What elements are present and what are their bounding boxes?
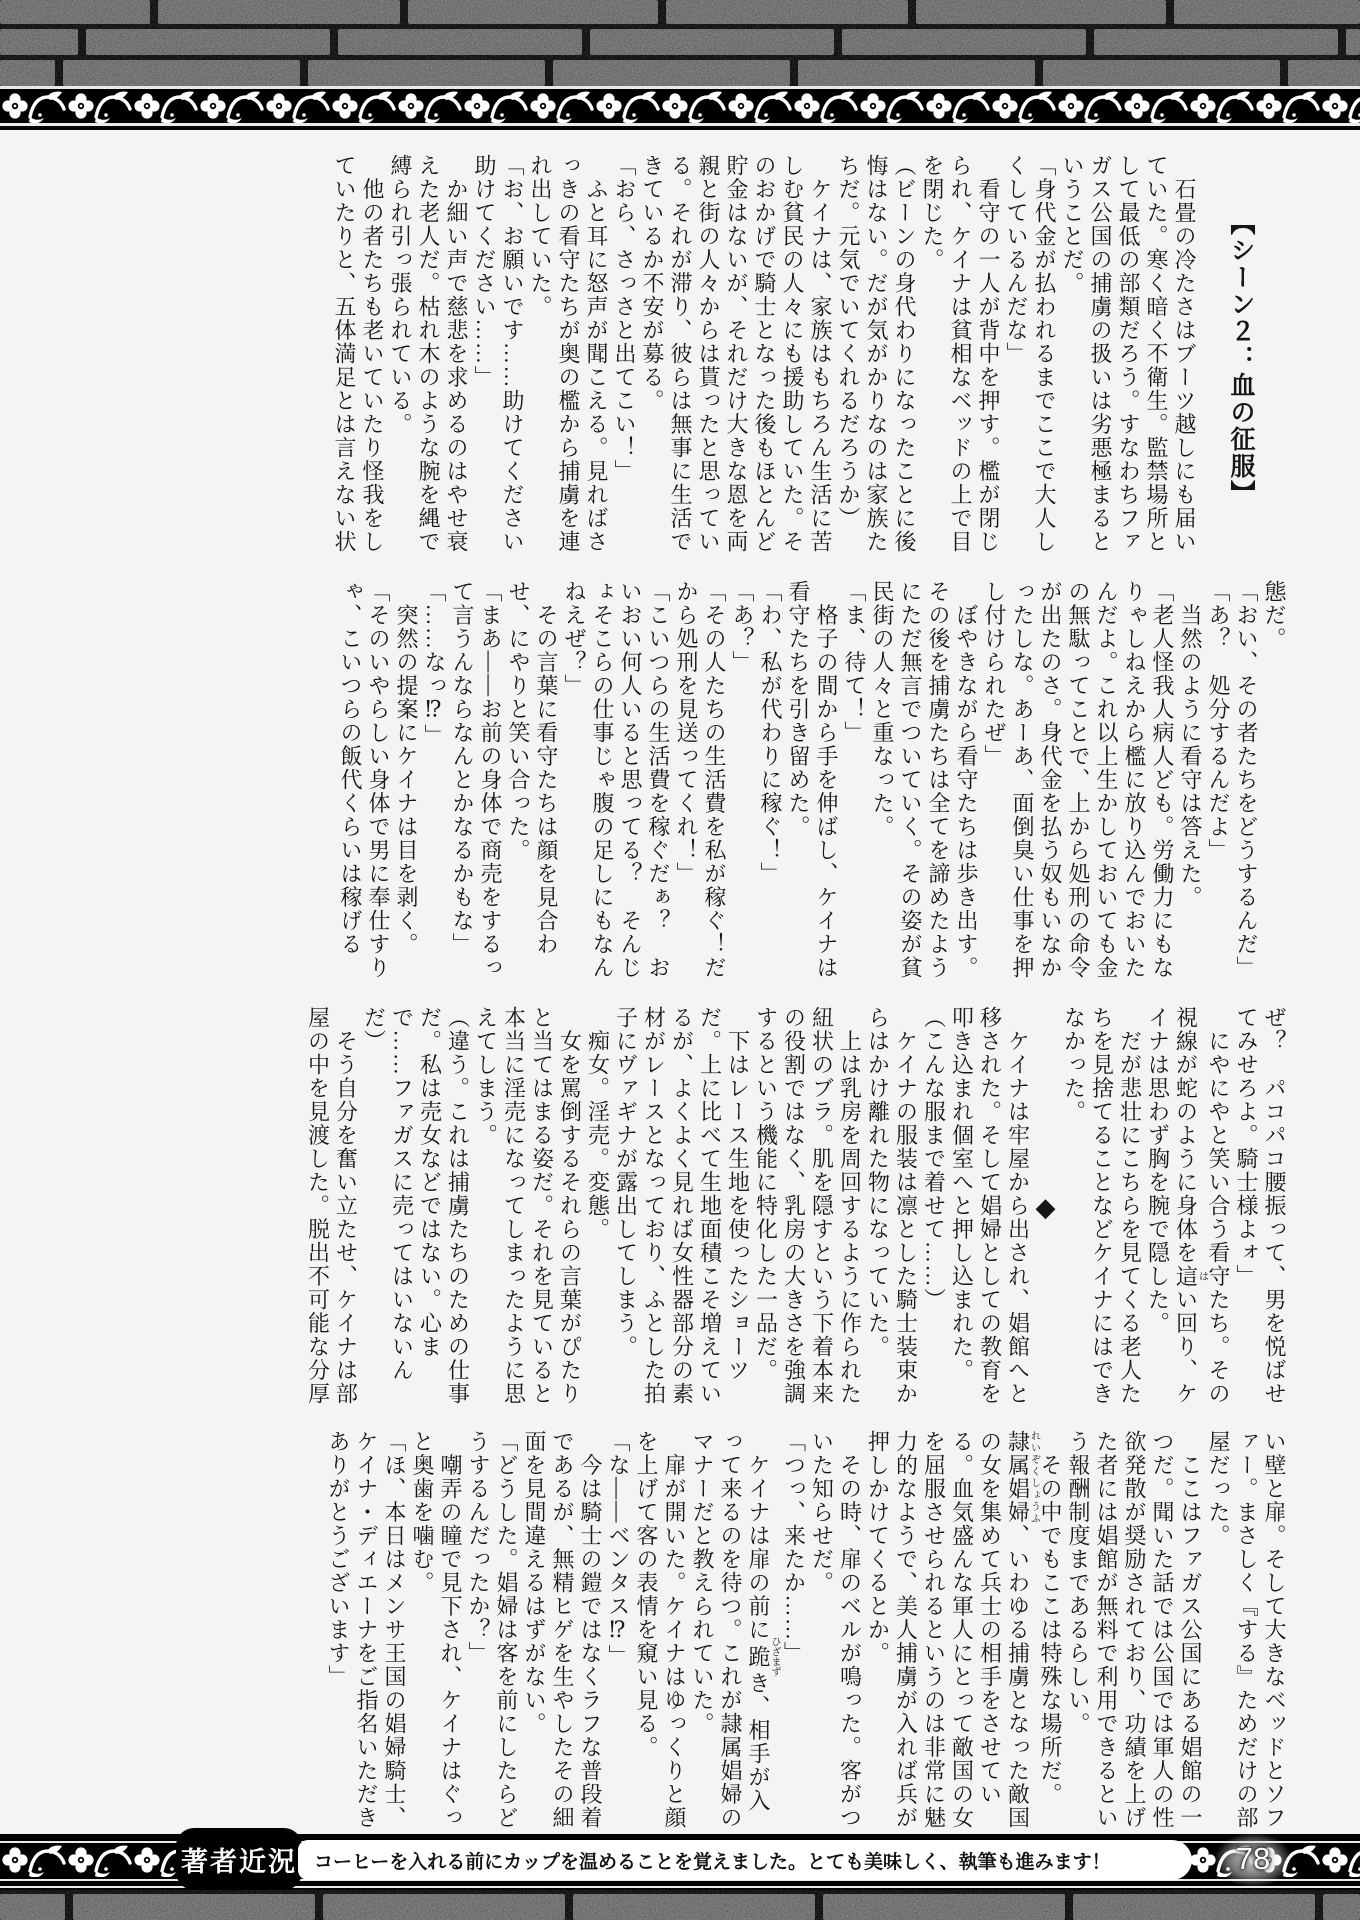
paragraph: ぜ？ パコパコ腰振って、男を悦ばせてみせろよ。騎士様よォ」 (1232, 1006, 1288, 1410)
paragraph: その中でもここは特殊な場所だ。隷属娼婦れいぞくしょうふ、いわゆる捕虜となった敵国… (864, 1430, 1065, 1834)
paragraph: 女を罵倒するそれらの言葉がぴたりと当てはまる姿だ。それを見ていると本当に淫売にな… (472, 1006, 584, 1410)
paragraph: 「あ？」 (728, 580, 756, 984)
paragraph: 「お、お願いです……助けてください助けてください……」 (470, 154, 526, 558)
paragraph: 嘲弄の瞳で見下され、ケイナはぐっと奥歯を噛む。 (408, 1430, 464, 1834)
paragraph: 「身代金が払われるまでここで大人しくしているんだな」 (1002, 154, 1058, 558)
floral-border-top (0, 86, 1360, 126)
paragraph: 石畳の冷たさはブーツ越しにも届いていた。寒く暗く不衛生。監禁場所として最低の部類… (1058, 154, 1198, 558)
scene-title: 【シーン２：血の征服】 (1218, 154, 1262, 558)
text-band-4: い壁と扉。そして大きなベッドとソファー。まさしく『する』ためだけの部屋だった。 … (110, 1430, 1288, 1834)
paragraph: 「その人たちの生活費を私が稼ぐ！だから処刑を見送ってくれ！」 (672, 580, 728, 984)
paragraph: 「わ、私が代わりに稼ぐ！」 (756, 580, 784, 984)
section-divider: ◆ (1032, 1006, 1060, 1410)
paragraph: 看守の一人が背中を押す。檻が閉じられ、ケイナは貧相なベッドの上で目を閉じた。 (918, 154, 1002, 558)
paragraph: 痴女。淫売。変態。 (584, 1006, 612, 1410)
paragraph: ケイナは牢屋から出され、娼館へと移された。そして娼婦としての教育を叩き込まれ個室… (948, 1006, 1032, 1410)
paragraph: 突然の提案にケイナは目を剥く。 (392, 580, 420, 984)
paragraph: 「ほ、本日はメンサ王国の娼婦騎士、ケイナ・ディエーナをご指名いただきありがとうご… (324, 1430, 408, 1834)
paragraph: そう自分を奮い立たせ、ケイナは部屋の中を見渡した。脱出不可能な分厚 (304, 1006, 360, 1410)
paragraph: 他の者たちも老いていたり怪我をしていたりと、五体満足とは言えない状 (330, 154, 386, 558)
paragraph: その時、扉のベルが鳴った。客がついた知らせだ。 (808, 1430, 864, 1834)
paragraph: 今は騎士の鎧ではなくラフな普段着であるが、無精ヒゲを生やしたその細面を見間違える… (520, 1430, 604, 1834)
paragraph: 格子の間から手を伸ばし、ケイナは看守たちを引き留めた。 (784, 580, 840, 984)
paragraph: 「こいつらの生活費を稼ぐだぁ？ おいおい何人いると思ってる？ そんじょそこらの仕… (560, 580, 672, 984)
text-band-1: 【シーン２：血の征服】 石畳の冷たさはブーツ越しにも届いていた。寒く暗く不衛生。… (110, 154, 1288, 558)
paragraph: にやにやと笑い合う看守たち。その視線が蛇のように身体を這はい回り、ケイナは思わず… (1144, 1006, 1233, 1410)
paragraph: 「あ？ 処分するんだよ」 (1204, 580, 1232, 984)
magazine-page: 【シーン２：血の征服】 石畳の冷たさはブーツ越しにも届いていた。寒く暗く不衛生。… (0, 0, 1360, 1920)
paragraph: だが悲壮にこちらを見てくる老人たちを見捨てることなどケイナにはできなかった。 (1060, 1006, 1144, 1410)
paragraph: い壁と扉。そして大きなベッドとソファー。まさしく『する』ためだけの部屋だった。 (1204, 1430, 1288, 1834)
paragraph: 「……なっ⁉」 (420, 580, 448, 984)
paragraph: 「どうした。娼婦は客を前にしたらどうするんだったか？」 (464, 1430, 520, 1834)
paragraph: ここはファガス公国にある娼館の一つだ。聞いた話では公国では軍人の性欲発散が奨励さ… (1064, 1430, 1204, 1834)
paragraph: ふと耳に怒声が聞こえる。見ればさっきの看守たちが奥の檻から捕虜を連れ出していた。 (526, 154, 610, 558)
paragraph: 当然のように看守は答えた。 (1176, 580, 1204, 984)
page-content: 【シーン２：血の征服】 石畳の冷たさはブーツ越しにも届いていた。寒く暗く不衛生。… (0, 130, 1360, 1834)
paragraph: 下はレース生地を使ったショーツだ。上に比べて生地面積こそ増えているが、よくよく見… (612, 1006, 752, 1410)
paragraph: ぼやきながら看守たちは歩き出す。その後を捕虜たちは全てを諦めたようにただ無言でつ… (868, 580, 980, 984)
brick-wall-bottom (0, 1890, 1360, 1920)
paragraph: その言葉に看守たちは顔を見合わせ、にやりと笑い合った。 (504, 580, 560, 984)
paragraph: ケイナは、家族はもちろん生活に苦しむ貧民の人々にも援助していた。そのおかげで騎士… (638, 154, 834, 558)
paragraph: （ビーンの身代わりになったことに後悔はない。だが気がかりなのは家族たちだ。元気で… (834, 154, 918, 558)
brick-wall-top (0, 0, 1360, 86)
paragraph: 態だ。 (1260, 580, 1288, 984)
text-band-3: ぜ？ パコパコ腰振って、男を悦ばせてみせろよ。騎士様よォ」 にやにやと笑い合う看… (110, 1006, 1288, 1410)
paragraph: 「つっ、来たか……」 (780, 1430, 808, 1834)
paragraph: ケイナの服装は凛とした騎士装束からはかけ離れた物になっていた。 (864, 1006, 920, 1410)
paragraph: 「ま、待て！」 (840, 580, 868, 984)
page-number: 78 (1216, 1841, 1290, 1877)
text-band-2: 態だ。「おい、その者たちをどうするんだ」「あ？ 処分するんだよ」 当然のように看… (110, 580, 1288, 984)
paragraph: 「老人怪我人病人ども。労働力にもなりゃしねえから檻に放り込んでおいたんだよ。これ… (980, 580, 1176, 984)
footer-bar: 著者近況 コーヒーを入れる前にカップを温めることを覚えました。とても美味しく、執… (0, 1834, 1360, 1888)
paragraph: 「おら、さっさと出てこい！」 (610, 154, 638, 558)
paragraph: （違う。これは捕虜たちのための仕事だ。私は売女などではない。心まで……ファガスに… (360, 1006, 472, 1410)
paragraph: （こんな服まで着せて……） (920, 1006, 948, 1410)
paragraph: 「そのいやらしい身体で男に奉仕すりゃ、こいつらの飯代くらいは稼げる (336, 580, 392, 984)
author-status-label: 著者近況 (176, 1828, 302, 1890)
paragraph: 「な――ベンタス⁉」 (604, 1430, 632, 1834)
paragraph: 上は乳房を周回するように作られた紐状のブラ。肌を隠すという下着本来の役割ではなく… (752, 1006, 864, 1410)
author-comment: コーヒーを入れる前にカップを温めることを覚えました。とても美味しく、執筆も進みま… (298, 1840, 1192, 1880)
paragraph: か細い声で慈悲を求めるのはやせ衰えた老人だ。枯れ木のような腕を縄で縛られ引っ張ら… (386, 154, 470, 558)
paragraph: 「おい、その者たちをどうするんだ」 (1232, 580, 1260, 984)
paragraph: ケイナは扉の前に跪ひざまずき、相手が入って来るのを待つ。これが隷属娼婦のマナーだ… (688, 1430, 780, 1834)
paragraph: 扉が開いた。ケイナはゆっくりと顔を上げて客の表情を窺い見る。 (632, 1430, 688, 1834)
paragraph: 「まあ――お前の身体で商売をするって言うんならなんとかなるかもな」 (448, 580, 504, 984)
